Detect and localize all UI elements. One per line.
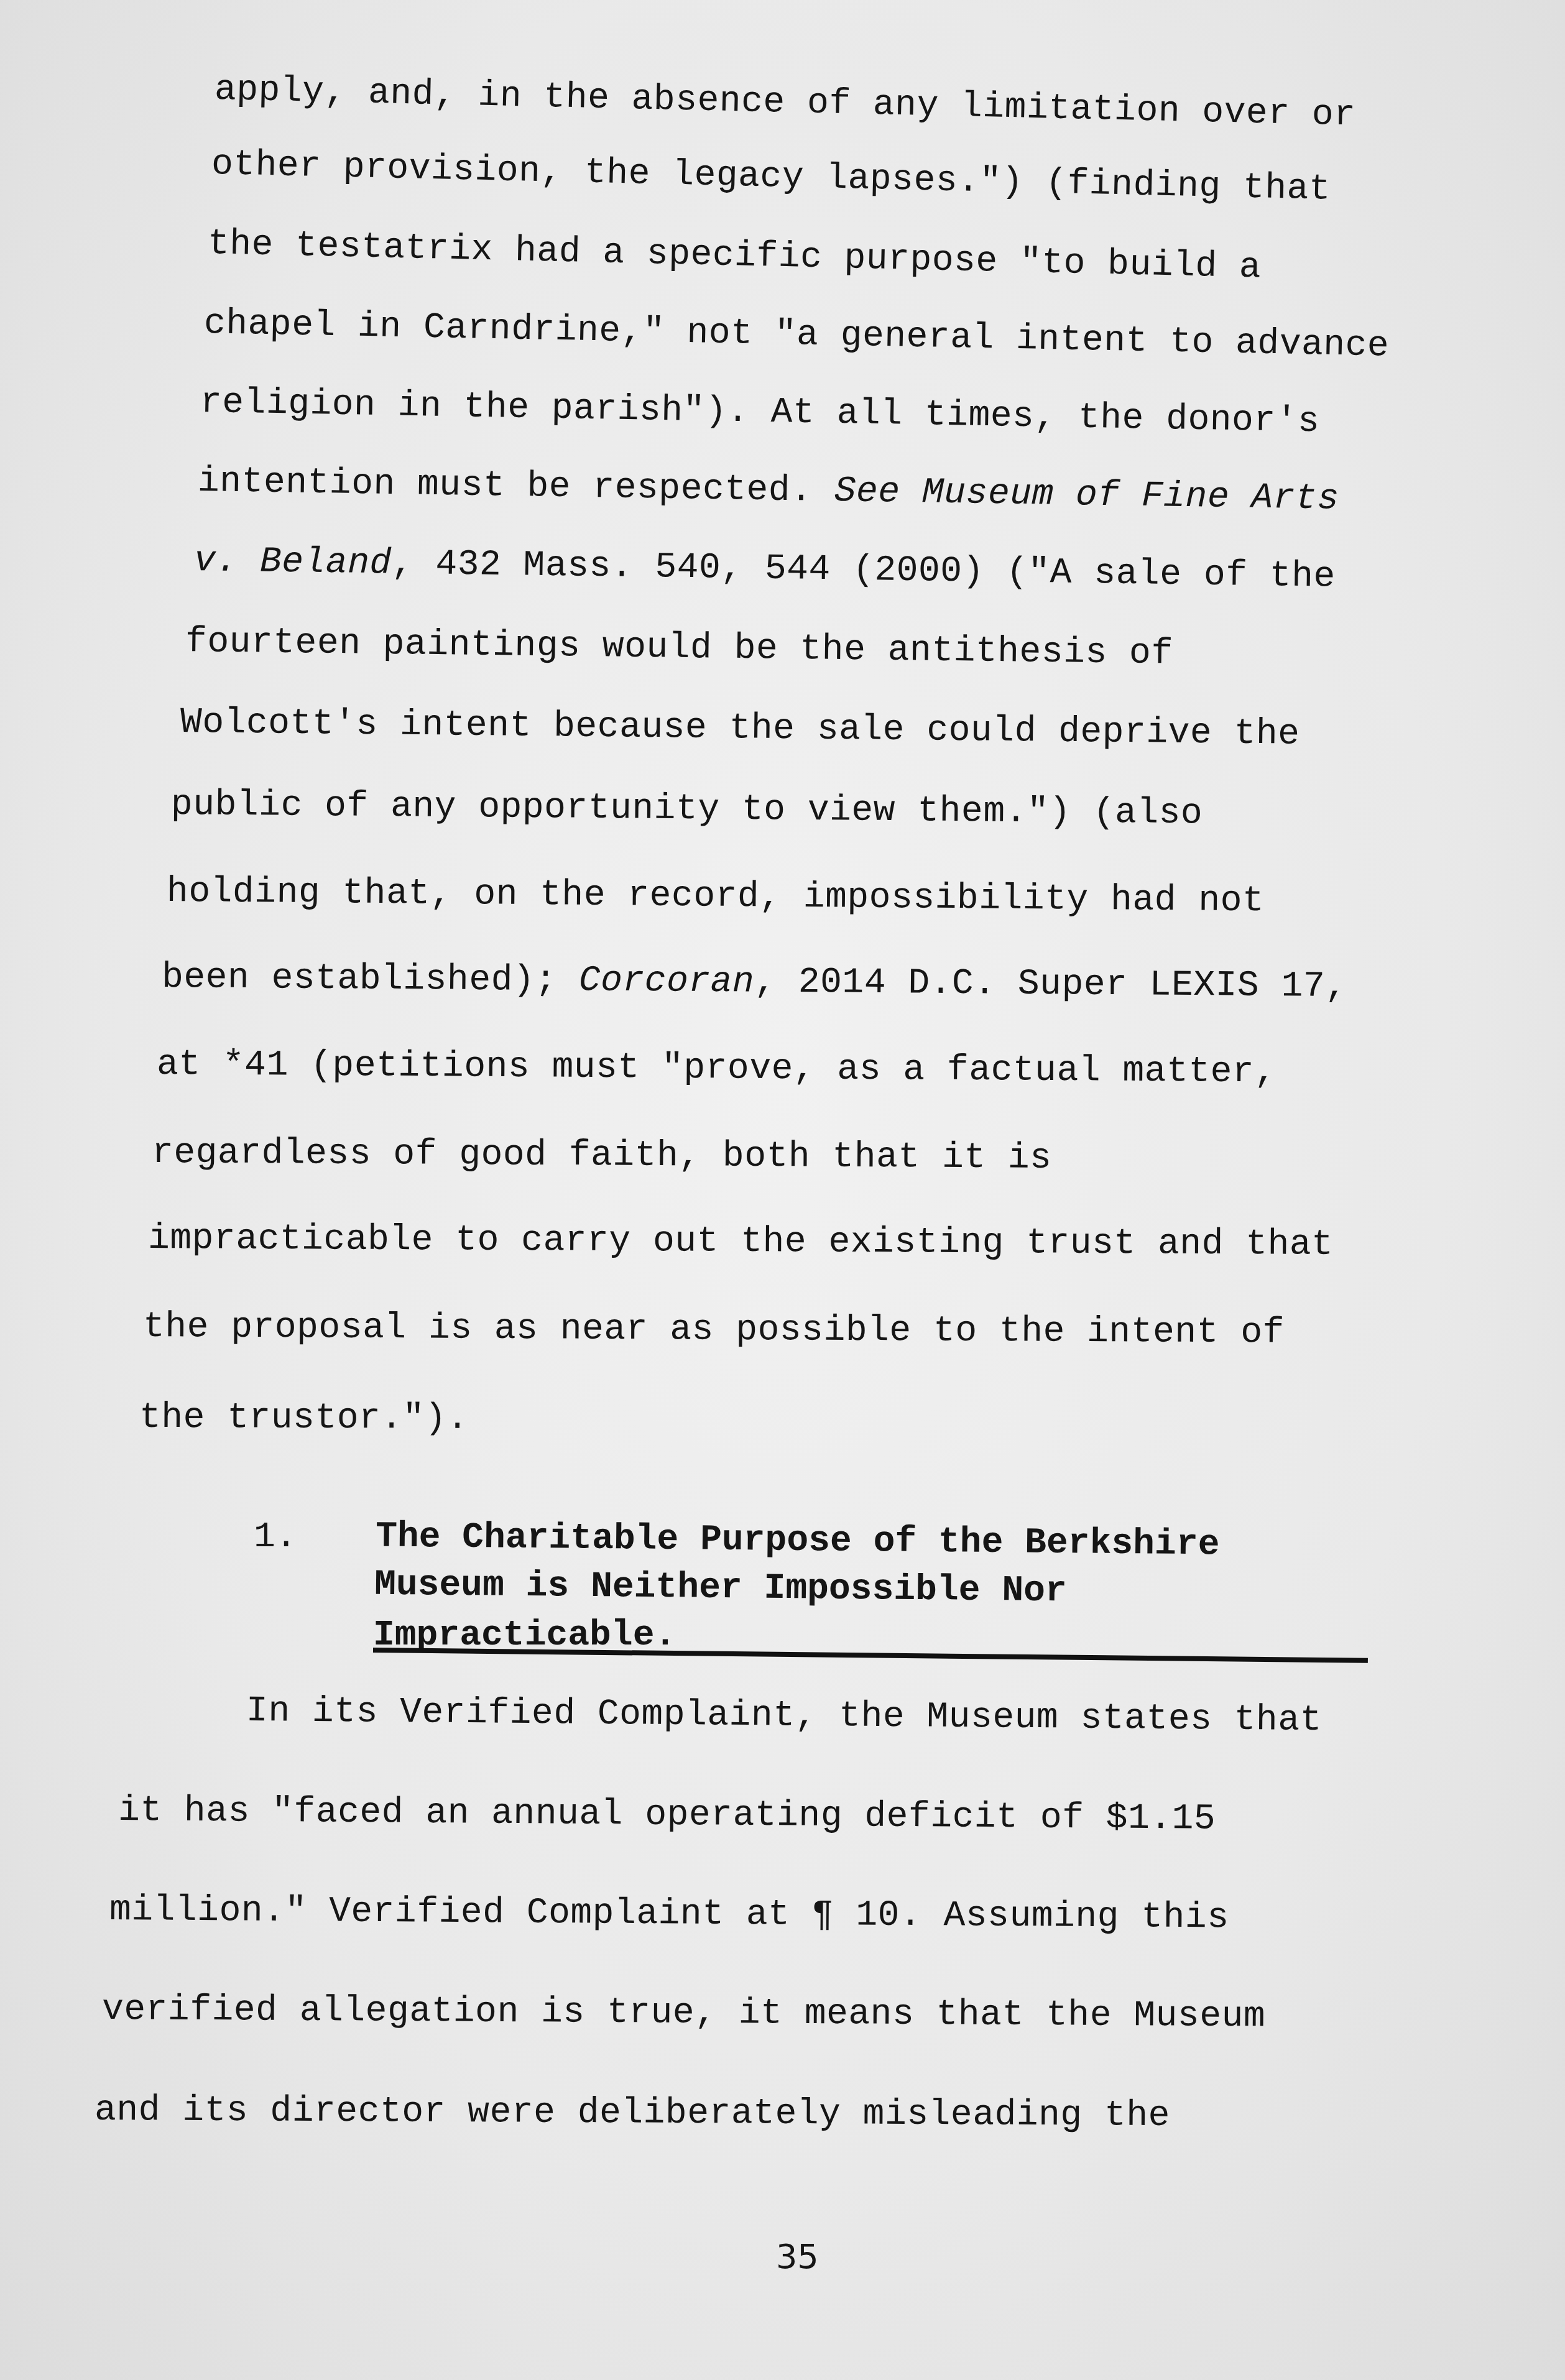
text-line: been established); Corcoran, 2014 D.C. S… (162, 957, 1347, 1007)
text-segment: regardless of good faith, both that it i… (152, 1133, 1052, 1179)
text-line: religion in the parish"). At all times, … (200, 382, 1319, 442)
text-line: the trustor."). (139, 1398, 469, 1439)
text-segment: , 2014 D.C. Super LEXIS 17, (754, 962, 1347, 1007)
text-segment: religion in the parish"). At all times, … (200, 382, 1319, 442)
case-citation: Corcoran (579, 961, 755, 1002)
text-segment: apply, and, in the absence of any limita… (214, 70, 1356, 136)
section-heading-line: The Charitable Purpose of the Berkshire (376, 1516, 1220, 1565)
text-segment: impracticable to carry out the existing … (148, 1219, 1334, 1265)
text-segment: chapel in Carndrine," not "a general int… (203, 303, 1389, 367)
text-line: public of any opportunity to view them."… (171, 785, 1203, 834)
page-number: 35 (776, 2237, 819, 2276)
text-line: the proposal is as near as possible to t… (143, 1307, 1285, 1354)
text-segment: at *41 (petitions must "prove, as a fact… (157, 1045, 1276, 1093)
text-line: at *41 (petitions must "prove, as a fact… (157, 1045, 1276, 1093)
text-segment: intention must be respected. (197, 461, 834, 512)
text-segment: been established); (162, 957, 579, 1001)
text-segment: verified allegation is true, it means th… (102, 1990, 1266, 2037)
text-line: and its director were deliberately misle… (95, 2090, 1170, 2136)
text-line: other provision, the legacy lapses.") (f… (211, 144, 1331, 210)
text-line: regardless of good faith, both that it i… (152, 1133, 1052, 1179)
text-segment: the proposal is as near as possible to t… (143, 1307, 1285, 1354)
text-line: intention must be respected. See Museum … (197, 461, 1339, 520)
text-line: fourteen paintings would be the antithes… (185, 622, 1173, 674)
text-segment: public of any opportunity to view them."… (171, 785, 1203, 834)
text-segment: Wolcott's intent because the sale could … (180, 703, 1300, 755)
text-segment: the trustor."). (139, 1398, 469, 1439)
section-number: 1. (254, 1517, 297, 1557)
text-line: the testatrix had a specific purpose "to… (207, 224, 1262, 288)
text-segment: it has "faced an annual operating defici… (118, 1791, 1216, 1840)
text-segment: the testatrix had a specific purpose "to… (207, 224, 1262, 288)
text-line: it has "faced an annual operating defici… (118, 1791, 1216, 1840)
document-page: apply, and, in the absence of any limita… (0, 0, 1565, 2380)
text-line: Wolcott's intent because the sale could … (180, 703, 1300, 755)
text-line: In its Verified Complaint, the Museum st… (246, 1691, 1322, 1741)
text-segment: fourteen paintings would be the antithes… (185, 622, 1173, 674)
section-heading-line: Museum is Neither Impossible Nor (374, 1565, 1067, 1612)
text-line: holding that, on the record, impossibili… (167, 872, 1265, 921)
text-line: million." Verified Complaint at ¶ 10. As… (109, 1890, 1229, 1939)
text-segment: , 432 Mass. 540, 544 (2000) ("A sale of … (391, 543, 1336, 597)
text-segment: other provision, the legacy lapses.") (f… (211, 144, 1331, 210)
case-citation: v. Beland (194, 541, 392, 584)
text-segment: holding that, on the record, impossibili… (167, 872, 1265, 921)
text-line: verified allegation is true, it means th… (102, 1990, 1266, 2037)
text-segment: In its Verified Complaint, the Museum st… (246, 1691, 1322, 1741)
text-line: v. Beland, 432 Mass. 540, 544 (2000) ("A… (194, 541, 1336, 597)
text-line: apply, and, in the absence of any limita… (214, 70, 1356, 136)
case-citation: See Museum of Fine Arts (834, 471, 1339, 520)
text-line: impracticable to carry out the existing … (148, 1219, 1334, 1265)
text-segment: and its director were deliberately misle… (95, 2090, 1170, 2136)
text-line: chapel in Carndrine," not "a general int… (203, 303, 1389, 367)
text-segment: million." Verified Complaint at ¶ 10. As… (109, 1890, 1229, 1939)
